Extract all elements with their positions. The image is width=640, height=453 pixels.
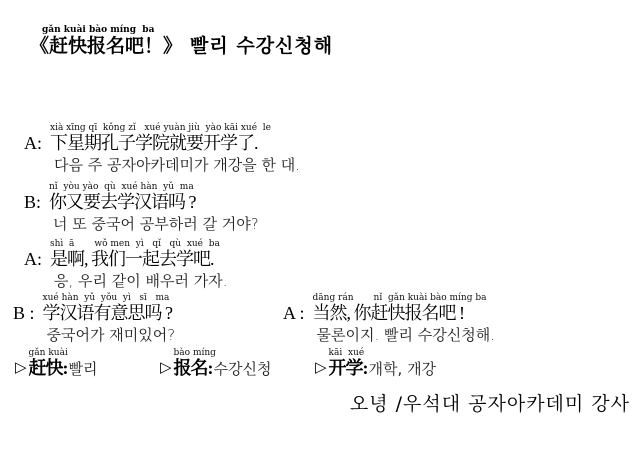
pinyin-line: xué hàn yǔ yǒu yì sī ma <box>43 293 176 303</box>
vocab-meaning: 개학, 개강 <box>369 361 437 378</box>
pinyin-line: bào míng <box>174 348 272 358</box>
pinyin-line: kāi xué <box>329 348 437 358</box>
dialogue-lines: dāng rán nǐ gǎn kuài bào míng ba 当然, 你赶快… <box>313 293 495 344</box>
vocab-entry-3: ▷ kāi xué 开学:개학, 개강 <box>315 348 436 378</box>
vocab-lines: gǎn kuài 赶快:빨리 <box>29 348 98 378</box>
chinese-line: 下星期孔子学院就要开学了. <box>50 133 300 154</box>
dialogue-lines: xià xīng qī kǒng zǐ xué yuàn jiù yào kāi… <box>50 123 300 174</box>
triangle-marker-icon: ▷ <box>315 357 327 377</box>
korean-line: 물론이지. 빨리 수강신청해. <box>317 327 495 344</box>
triangle-marker-icon: ▷ <box>15 357 27 377</box>
dialogue-row-1: A: xià xīng qī kǒng zǐ xué yuàn jiù yào … <box>24 123 300 174</box>
pinyin-line: xià xīng qī kǒng zǐ xué yuàn jiù yào kāi… <box>50 123 300 133</box>
dialogue-lines: xué hàn yǔ yǒu yì sī ma 学汉语有意思吗 ? 중국어가 재… <box>43 293 176 344</box>
chinese-line: 是啊, 我们一起去学吧. <box>50 249 228 270</box>
author-credit: 오녕 /우석대 공자아카데미 강사 <box>350 392 630 416</box>
chinese-line: 当然, 你赶快报名吧 ! <box>313 303 495 324</box>
vocab-word-row: 开学:개학, 개강 <box>329 358 437 378</box>
dialogue-row-3: A: shì ā wǒ men yì qǐ qù xué ba 是啊, 我们一起… <box>24 239 228 290</box>
korean-line: 응, 우리 같이 배우러 가자. <box>54 273 228 290</box>
vocab-word-row: 赶快:빨리 <box>29 358 98 378</box>
speaker-label: A: <box>24 133 42 154</box>
title-korean: 빨리 수강신청해 <box>190 35 333 57</box>
speaker-label: A: <box>24 249 42 270</box>
vocab-word-row: 报名:수강신청 <box>174 358 272 378</box>
dialogue-lines: nǐ yòu yào qù xué hàn yǔ ma 你又要去学汉语吗 ? 너… <box>49 182 259 233</box>
speaker-label: B: <box>24 192 41 213</box>
pinyin-line: dāng rán nǐ gǎn kuài bào míng ba <box>313 293 495 303</box>
chinese-line: 学汉语有意思吗 ? <box>43 303 176 324</box>
dialogue-row-4-right: A : dāng rán nǐ gǎn kuài bào míng ba 当然,… <box>283 293 495 344</box>
korean-line: 중국어가 재미있어? <box>47 327 176 344</box>
vocab-word: 赶快 <box>29 358 63 378</box>
vocab-meaning: 빨리 <box>69 361 98 378</box>
pinyin-line: shì ā wǒ men yì qǐ qù xué ba <box>50 239 228 249</box>
chinese-line: 你又要去学汉语吗 ? <box>49 192 259 213</box>
page-title: 《赶快报名吧！》 빨리 수강신청해 <box>30 35 333 58</box>
dialogue-row-2: B: nǐ yòu yào qù xué hàn yǔ ma 你又要去学汉语吗 … <box>24 182 259 233</box>
lesson-page: gǎn kuài bào míng ba 《赶快报名吧！》 빨리 수강신청해 A… <box>0 0 640 453</box>
dialogue-row-4-left: B : xué hàn yǔ yǒu yì sī ma 学汉语有意思吗 ? 중국… <box>13 293 175 344</box>
vocab-entry-2: ▷ bào míng 报名:수강신청 <box>160 348 272 378</box>
vocab-entry-1: ▷ gǎn kuài 赶快:빨리 <box>15 348 98 378</box>
triangle-marker-icon: ▷ <box>160 357 172 377</box>
vocab-lines: bào míng 报名:수강신청 <box>174 348 272 378</box>
pinyin-line: nǐ yòu yào qù xué hàn yǔ ma <box>49 182 259 192</box>
vocab-word: 报名 <box>174 358 208 378</box>
page-title-block: gǎn kuài bào míng ba 《赶快报名吧！》 빨리 수강신청해 <box>30 25 333 58</box>
korean-line: 다음 주 공자아카데미가 개강을 한 대. <box>54 157 300 174</box>
korean-line: 너 또 중국어 공부하러 갈 거야? <box>53 216 259 233</box>
speaker-label: A : <box>283 303 305 324</box>
title-pinyin: gǎn kuài bào míng ba <box>42 25 333 35</box>
vocab-word: 开学 <box>329 358 363 378</box>
title-chinese: 《赶快报名吧！》 <box>30 36 182 58</box>
dialogue-lines: shì ā wǒ men yì qǐ qù xué ba 是啊, 我们一起去学吧… <box>50 239 228 290</box>
vocab-meaning: 수강신청 <box>214 361 272 378</box>
speaker-label: B : <box>13 303 35 324</box>
pinyin-line: gǎn kuài <box>29 348 98 358</box>
vocab-lines: kāi xué 开学:개학, 개강 <box>329 348 437 378</box>
